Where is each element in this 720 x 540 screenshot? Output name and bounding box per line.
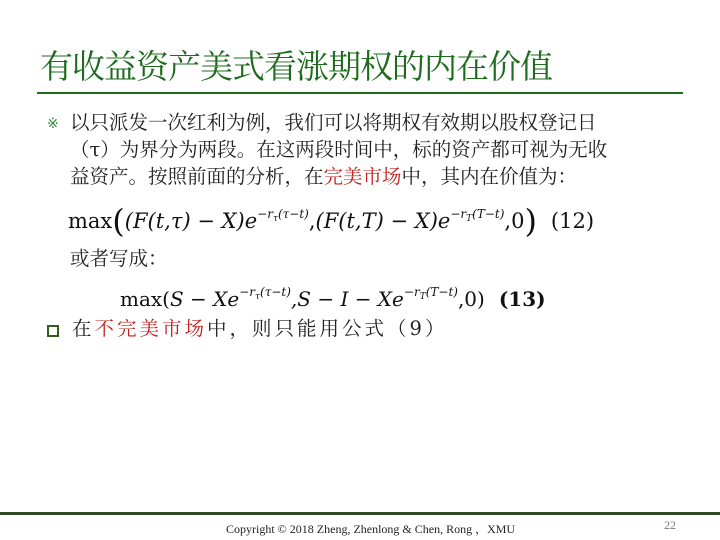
equation-13: max(S − Xe−rτ(τ−t),S − I − Xe−rT(T−t),0)… <box>120 276 546 315</box>
highlight-perfect-market: 完美市场 <box>324 165 402 188</box>
bullet-paragraph-1: 以只派发一次红利为例，我们可以将期权有效期以股权登记日 （τ）为界分为两段。在这… <box>70 109 690 190</box>
page-number: 22 <box>664 518 676 533</box>
highlight-imperfect-market: 不完美市场 <box>95 317 208 340</box>
eq-term: S − Xe <box>170 287 239 311</box>
copyright-text: Copyright © 2018 Zheng, Zhenlong & Chen,… <box>226 520 515 537</box>
paragraph-text: 在 <box>72 317 95 340</box>
eq-max: max <box>68 209 112 233</box>
eq-tail: ,0) <box>458 287 485 311</box>
eq-term: ,S − I − Xe <box>291 287 404 311</box>
eq-exponent: −rT(T−t) <box>404 285 458 299</box>
eq-exponent: −rT(T−t) <box>450 207 504 221</box>
square-bullet-icon <box>47 325 59 337</box>
equation-number: (12) <box>551 209 594 233</box>
title-divider <box>37 92 683 94</box>
eq-max: max( <box>120 287 170 311</box>
bullet-paragraph-2: 在不完美市场中，则只能用公式（9） <box>72 316 447 342</box>
eq-tail: ,0 <box>504 209 524 233</box>
eq-term: (F(t,τ) − X)e <box>125 209 257 233</box>
equation-12: max((F(t,τ) − X)e−rτ(τ−t),(F(t,T) − X)e−… <box>68 196 594 239</box>
eq-exponent: −rτ(τ−t) <box>257 207 309 221</box>
paragraph-text: 益资产。按照前面的分析，在 <box>70 165 324 188</box>
equation-number: (13) <box>499 287 546 311</box>
eq-exponent: −rτ(τ−t) <box>239 285 291 299</box>
paragraph-line: 以只派发一次红利为例，我们可以将期权有效期以股权登记日 <box>70 109 690 136</box>
paragraph-text: 中，其内在价值为： <box>402 165 578 188</box>
big-paren-close: ) <box>524 202 536 240</box>
paragraph-line: 益资产。按照前面的分析，在完美市场中，其内在价值为： <box>70 163 690 190</box>
footer-divider <box>0 512 720 515</box>
paragraph-text: 中，则只能用公式（9） <box>207 317 447 340</box>
eq-term: (F(t,T) − X)e <box>316 209 451 233</box>
big-paren-open: ( <box>112 202 124 240</box>
slide-title: 有收益资产美式看涨期权的内在价值 <box>40 44 690 90</box>
reference-mark-icon: ※ <box>47 116 61 132</box>
paragraph-line: （τ）为界分为两段。在这两段时间中，标的资产都可视为无收 <box>70 136 690 163</box>
or-write-label: 或者写成： <box>70 246 168 272</box>
